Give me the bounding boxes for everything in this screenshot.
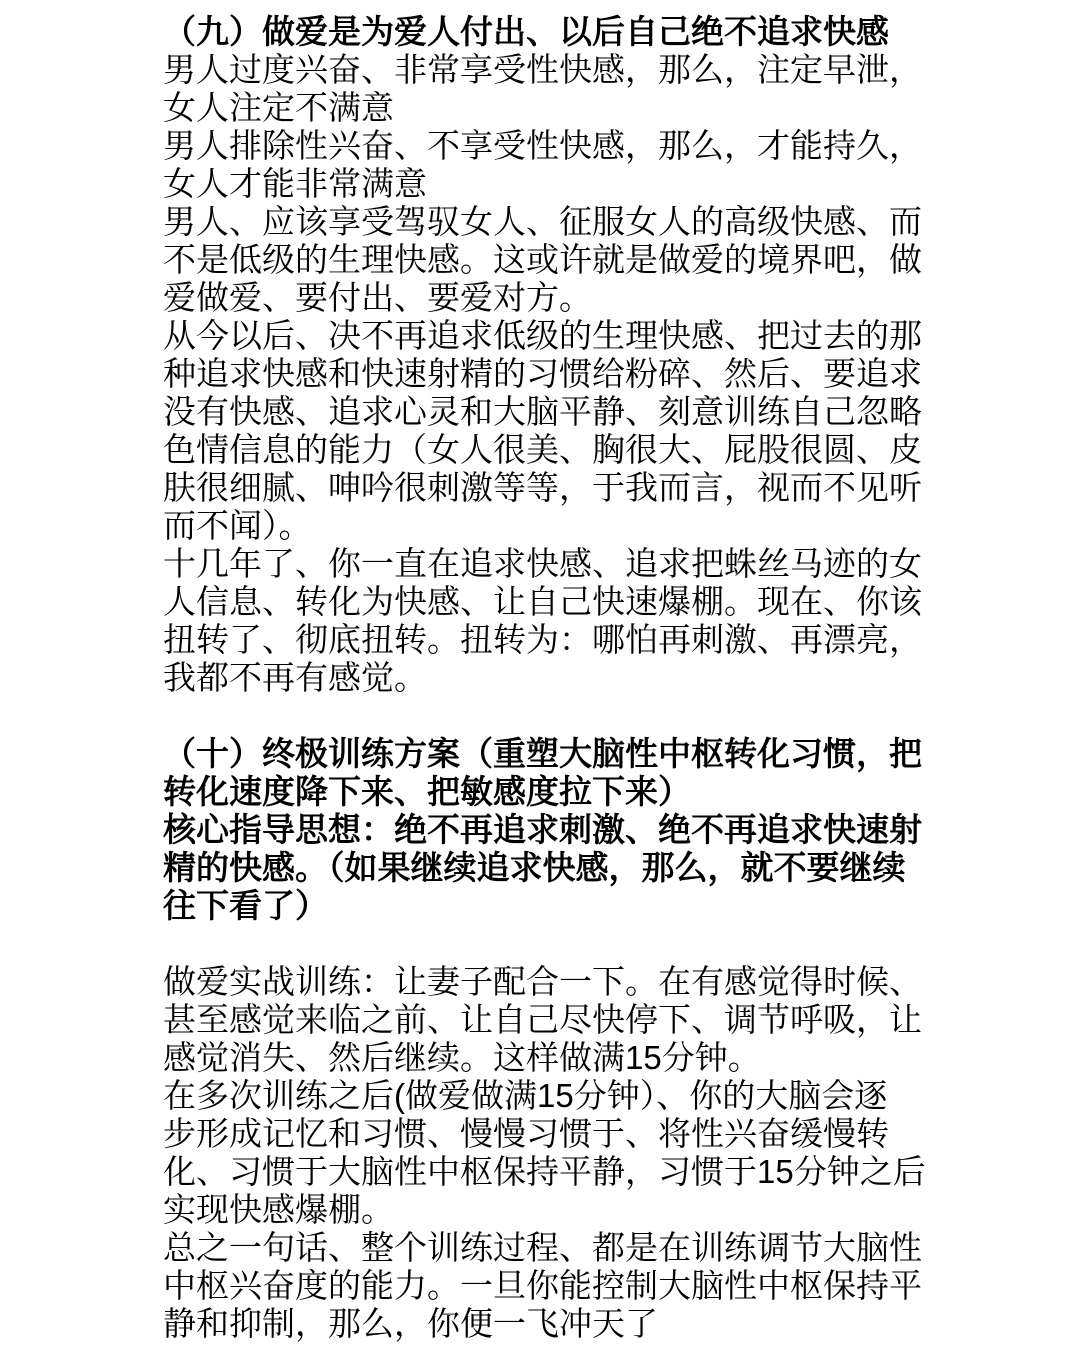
text-line: 在多次训练之后(做爱做满15分钟）、你的大脑会逐 <box>163 1077 963 1115</box>
section-nine: （九）做爱是为爱人付出、以后自己绝不追求快感 男人过度兴奋、非常享受性快感，那么… <box>163 13 963 697</box>
text-line: 人信息、转化为快感、让自己快速爆棚。现在、你该 <box>163 583 963 621</box>
section-ten-heading-line: 精的快感。（如果继续追求快感，那么，就不要继续 <box>163 849 963 887</box>
text-line: 男人排除性兴奋、不享受性快感，那么，才能持久， <box>163 127 963 165</box>
text-line: 十几年了、你一直在追求快感、追求把蛛丝马迹的女 <box>163 545 963 583</box>
section-ten-heading-line: 核心指导思想：绝不再追求刺激、绝不再追求快速射 <box>163 811 963 849</box>
text-line: 男人过度兴奋、非常享受性快感，那么，注定早泄， <box>163 51 963 89</box>
text-line: 女人才能非常满意 <box>163 165 963 203</box>
text-line: 从今以后、决不再追求低级的生理快感、把过去的那 <box>163 317 963 355</box>
text-line: 不是低级的生理快感。这或许就是做爱的境界吧，做 <box>163 241 963 279</box>
text-line: 我都不再有感觉。 <box>163 659 963 697</box>
text-line: 步形成记忆和习惯、慢慢习惯于、将性兴奋缓慢转 <box>163 1115 963 1153</box>
text-line: 总之一句话、整个训练过程、都是在训练调节大脑性 <box>163 1229 963 1267</box>
text-line: 而不闻）。 <box>163 507 963 545</box>
section-ten-heading-line: （十）终极训练方案（重塑大脑性中枢转化习惯，把 <box>163 735 963 773</box>
text-line: 扭转了、彻底扭转。扭转为：哪怕再刺激、再漂亮， <box>163 621 963 659</box>
text-line: 做爱实战训练：让妻子配合一下。在有感觉得时候、 <box>163 963 963 1001</box>
text-line: 女人注定不满意 <box>163 89 963 127</box>
section-nine-heading: （九）做爱是为爱人付出、以后自己绝不追求快感 <box>163 13 963 51</box>
text-line: 中枢兴奋度的能力。一旦你能控制大脑性中枢保持平 <box>163 1267 963 1305</box>
text-line: 色情信息的能力（女人很美、胸很大、屁股很圆、皮 <box>163 431 963 469</box>
text-line: 男人、应该享受驾驭女人、征服女人的高级快感、而 <box>163 203 963 241</box>
article-page: （九）做爱是为爱人付出、以后自己绝不追求快感 男人过度兴奋、非常享受性快感，那么… <box>163 13 963 1343</box>
text-line: 甚至感觉来临之前、让自己尽快停下、调节呼吸，让 <box>163 1001 963 1039</box>
text-line: 种追求快感和快速射精的习惯给粉碎、然后、要追求 <box>163 355 963 393</box>
text-line: 肤很细腻、呻吟很刺激等等，于我而言，视而不见听 <box>163 469 963 507</box>
section-ten: （十）终极训练方案（重塑大脑性中枢转化习惯，把 转化速度降下来、把敏感度拉下来）… <box>163 735 963 1343</box>
section-ten-heading-line: 往下看了） <box>163 887 963 925</box>
text-line: 静和抑制，那么，你便一飞冲天了 <box>163 1305 963 1343</box>
text-line: 感觉消失、然后继续。这样做满15分钟。 <box>163 1039 963 1077</box>
text-line: 没有快感、追求心灵和大脑平静、刻意训练自己忽略 <box>163 393 963 431</box>
section-ten-heading-line: 转化速度降下来、把敏感度拉下来） <box>163 773 963 811</box>
text-line: 实现快感爆棚。 <box>163 1191 963 1229</box>
text-line: 爱做爱、要付出、要爱对方。 <box>163 279 963 317</box>
text-line: 化、习惯于大脑性中枢保持平静，习惯于15分钟之后 <box>163 1153 963 1191</box>
